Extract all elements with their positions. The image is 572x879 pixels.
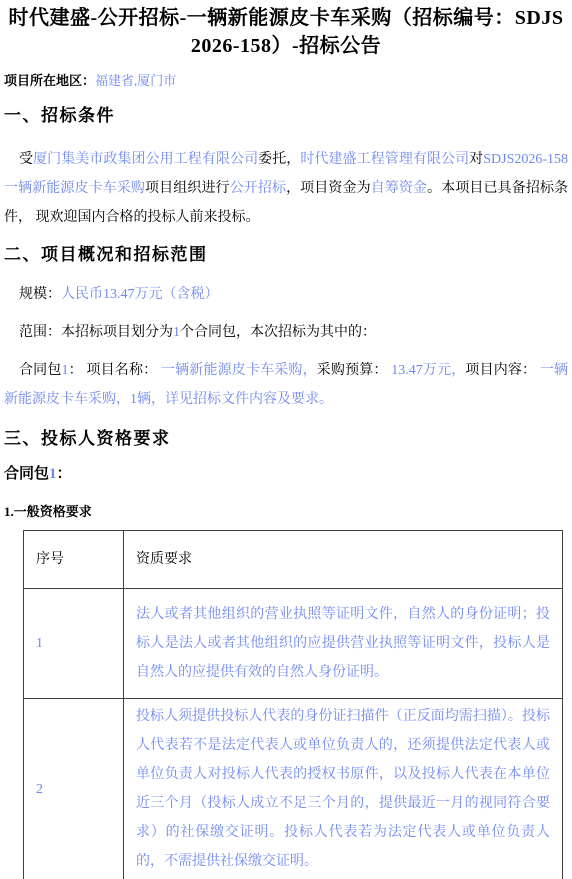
scope-line: 范围：本招标项目划分为1个合同包，本次招标为其中的： <box>4 318 568 347</box>
text-segment: ： 项目名称： <box>69 363 161 378</box>
text-segment: 对 <box>469 152 483 167</box>
page-title-line-1: 时代建盛-公开招标-一辆新能源皮卡车采购（招标编号：SDJS <box>4 4 568 32</box>
text-segment: ： <box>57 466 72 482</box>
text-segment: 合同包 <box>19 363 62 378</box>
text-segment: 委托， <box>258 152 300 167</box>
text-segment: 范围：本招标项目划分为 <box>19 325 173 340</box>
project-region-label: 项目所在地区： <box>4 73 95 88</box>
text-segment: 个合同包，本次招标为其中的： <box>180 325 376 340</box>
serial-cell: 1 <box>24 589 124 699</box>
serial-cell: 2 <box>24 699 124 879</box>
requirement-cell: 投标人须提供投标人代表的身份证扫描件（正反面均需扫描）。投标人代表若不是法定代表… <box>124 699 563 879</box>
header-cell-requirement: 资质要求 <box>124 531 563 589</box>
text-segment: ，项目资金为 <box>286 181 371 196</box>
project-region-line: 项目所在地区：福建省,厦门市 <box>4 72 568 89</box>
page-title-line-2: 2026-158）-招标公告 <box>4 32 568 60</box>
text-segment: 合同包 <box>4 466 49 482</box>
text-segment: 1 <box>49 466 57 482</box>
text-segment: 一辆新能源皮卡车采购， <box>161 363 317 378</box>
page-title: 时代建盛-公开招标-一辆新能源皮卡车采购（招标编号：SDJS 2026-158）… <box>4 4 568 60</box>
text-segment: 采购预算： <box>317 363 391 378</box>
text-segment: 时代建盛工程管理有限公司 <box>300 152 469 167</box>
section-heading-bid-conditions: 一、招标条件 <box>4 105 568 127</box>
general-qualification-subheading: 1.一般资格要求 <box>4 503 568 520</box>
text-segment: 项目内容： <box>465 363 539 378</box>
bid-conditions-paragraph: 受厦门集美市政集团公用工程有限公司委托，时代建盛工程管理有限公司对SDJS202… <box>4 145 568 232</box>
text-segment: 厦门集美市政集团公用工程有限公司 <box>33 152 258 167</box>
text-segment: 1 <box>62 363 69 378</box>
tender-announcement-page: 时代建盛-公开招标-一辆新能源皮卡车采购（招标编号：SDJS 2026-158）… <box>0 0 572 879</box>
text-segment: 公开招标 <box>230 181 286 196</box>
table-row: 2 投标人须提供投标人代表的身份证扫描件（正反面均需扫描）。投标人代表若不是法定… <box>24 699 563 879</box>
text-segment: 自筹资金 <box>371 181 427 196</box>
contract-package-paragraph: 合同包1： 项目名称： 一辆新能源皮卡车采购，采购预算： 13.47万元，项目内… <box>4 356 568 414</box>
section-heading-project-overview: 二、项目概况和招标范围 <box>4 244 568 266</box>
text-segment: 项目组织进行 <box>145 181 230 196</box>
text-segment: 人民币13.47万元（含税） <box>61 287 219 302</box>
header-cell-serial: 序号 <box>24 531 124 589</box>
table-header-row: 序号 资质要求 <box>24 531 563 589</box>
scale-line: 规模：人民币13.47万元（含税） <box>4 280 568 309</box>
qualification-requirements-table: 序号 资质要求 1 法人或者其他组织的营业执照等证明文件，自然人的身份证明；投标… <box>23 530 563 879</box>
text-segment: 1 <box>173 325 180 340</box>
table-row: 1 法人或者其他组织的营业执照等证明文件，自然人的身份证明；投标人是法人或者其他… <box>24 589 563 699</box>
contract-package-label: 合同包1： <box>4 464 568 485</box>
project-region-value: 福建省,厦门市 <box>95 73 176 88</box>
requirement-cell: 法人或者其他组织的营业执照等证明文件，自然人的身份证明；投标人是法人或者其他组织… <box>124 589 563 699</box>
text-segment: 规模： <box>19 287 61 302</box>
text-segment: 13.47万元， <box>391 363 465 378</box>
section-heading-bidder-qualification: 三、投标人资格要求 <box>4 428 568 450</box>
text-segment: 受 <box>19 152 33 167</box>
